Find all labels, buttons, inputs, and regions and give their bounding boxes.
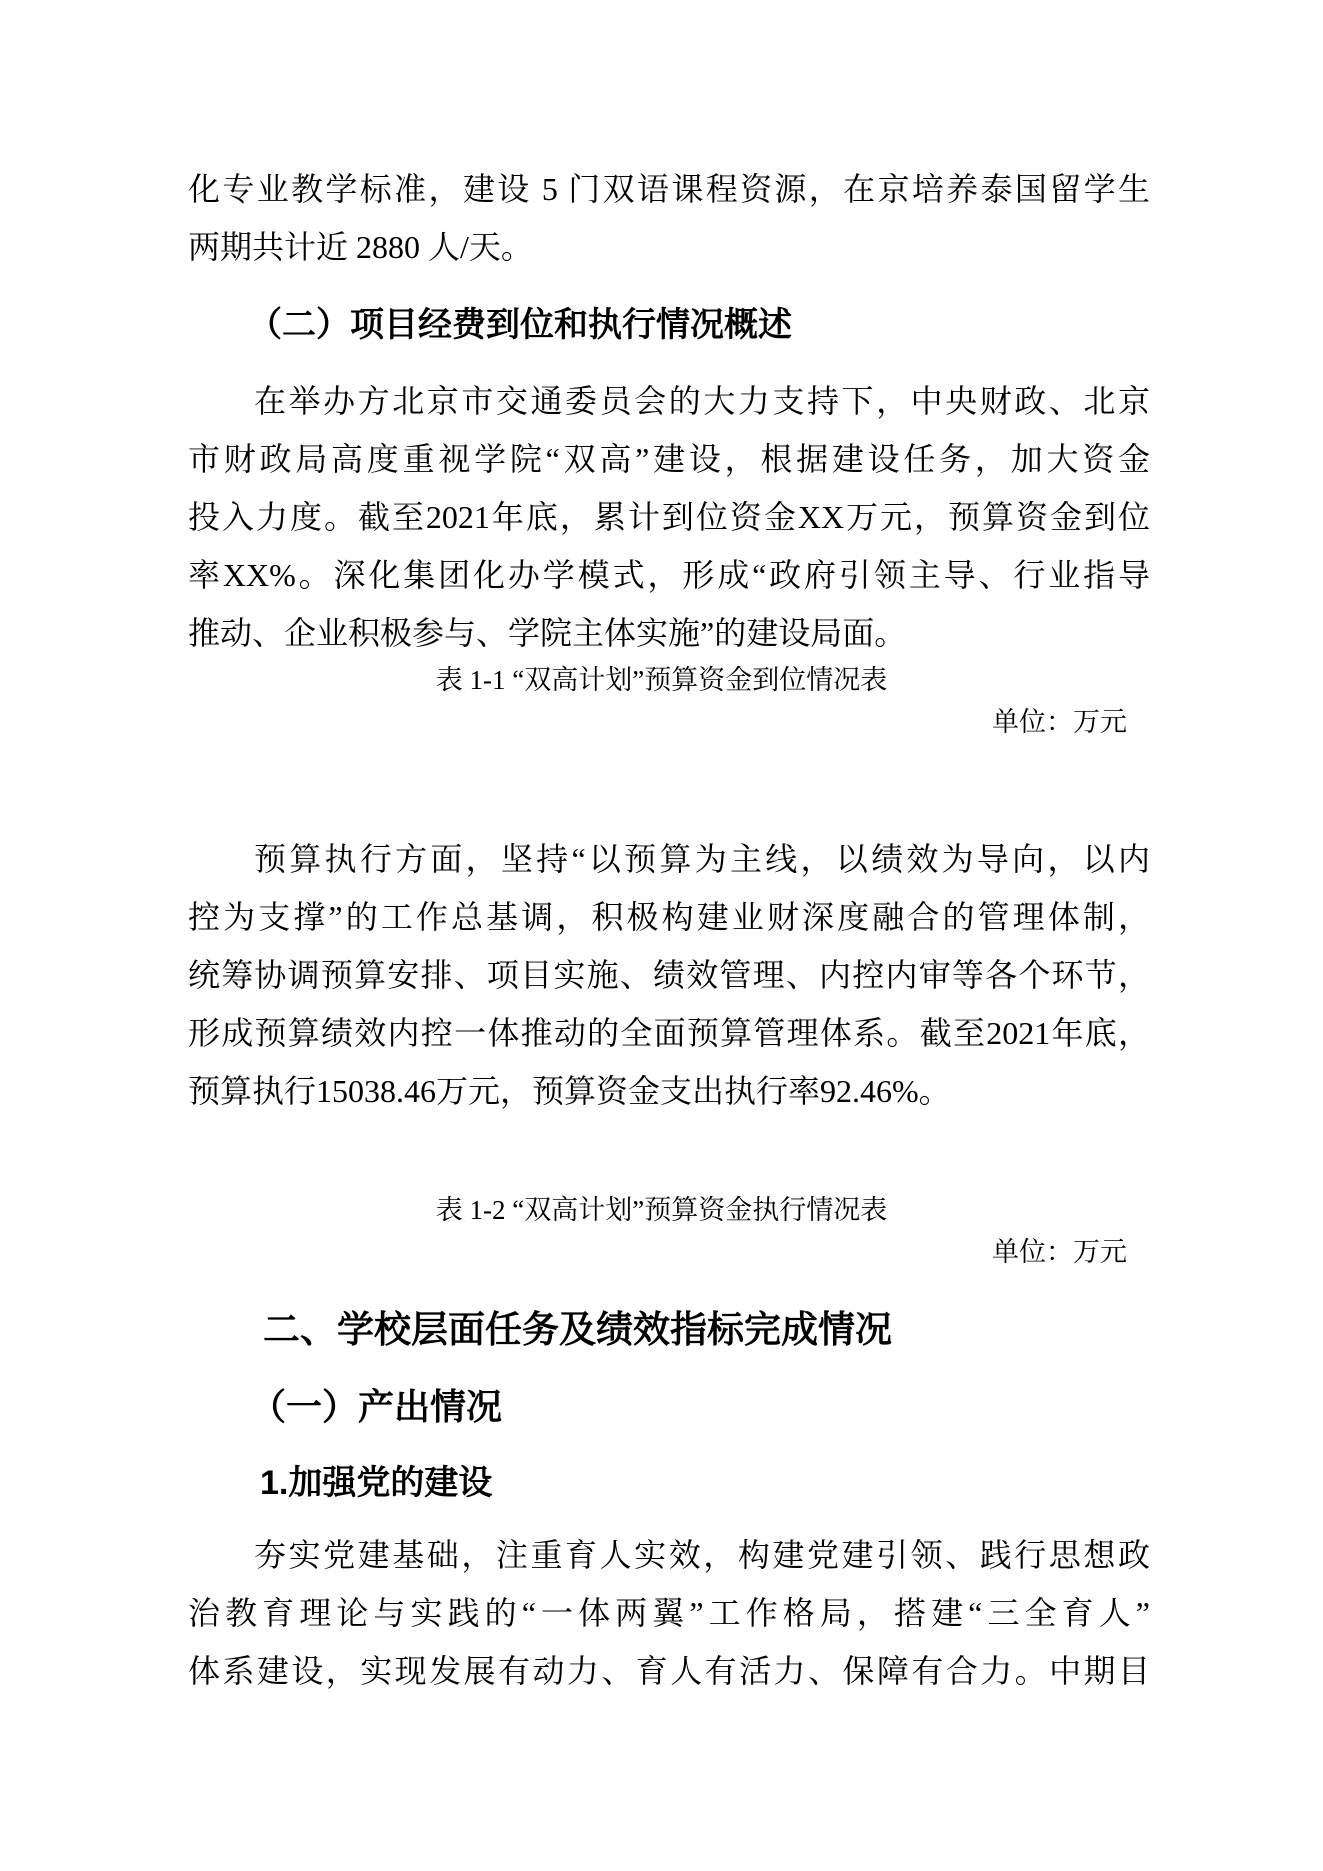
chapter-heading-school-tasks: 二、学校层面任务及绩效指标完成情况: [263, 1306, 892, 1354]
table-1-1-unit-label: 单位：万元: [188, 704, 1127, 740]
subsection-heading-output: （一）产出情况: [250, 1383, 502, 1431]
body-text-line: 推动、企业积极参与、学院主体实施”的建设局面。: [188, 604, 1150, 662]
table-1-1-caption: 表 1-1 “双高计划”预算资金到位情况表: [0, 662, 1323, 698]
item-heading-party-building: 1.加强党的建设: [260, 1460, 492, 1506]
body-text-line: 夯实党建基础，注重育人实效，构建党建引领、践行思想政: [188, 1526, 1150, 1584]
intro-paragraph: 化专业教学标准，建设 5 门双语课程资源，在京培养泰国留学生 两期共计近 288…: [188, 160, 1150, 276]
budget-execution-paragraph: 预算执行方面，坚持“以预算为主线，以绩效为导向，以内 控为支撑”的工作总基调，积…: [188, 830, 1150, 1120]
body-text-line: 控为支撑”的工作总基调，积极构建业财深度融合的管理体制，: [188, 888, 1150, 946]
body-text-line: 投入力度。截至2021年底，累计到位资金XX万元，预算资金到位: [188, 488, 1150, 546]
table-1-2-caption: 表 1-2 “双高计划”预算资金执行情况表: [0, 1192, 1323, 1228]
body-text-line: 预算执行方面，坚持“以预算为主线，以绩效为导向，以内: [188, 830, 1150, 888]
body-text-line: 化专业教学标准，建设 5 门双语课程资源，在京培养泰国留学生: [188, 160, 1150, 218]
body-text-line: 率XX%。深化集团化办学模式，形成“政府引领主导、行业指导: [188, 546, 1150, 604]
funding-overview-paragraph: 在举办方北京市交通委员会的大力支持下，中央财政、北京 市财政局高度重视学院“双高…: [188, 372, 1150, 662]
body-text-line: 两期共计近 2880 人/天。: [188, 218, 1150, 276]
body-text-line: 统筹协调预算安排、项目实施、绩效管理、内控内审等各个环节，: [188, 946, 1150, 1004]
table-1-2-unit-label: 单位：万元: [188, 1234, 1127, 1270]
body-text-line: 市财政局高度重视学院“双高”建设，根据建设任务，加大资金: [188, 430, 1150, 488]
body-text-line: 治教育理论与实践的“一体两翼”工作格局，搭建“三全育人”: [188, 1584, 1150, 1642]
body-text-line: 体系建设，实现发展有动力、育人有活力、保障有合力。中期目: [188, 1642, 1150, 1700]
body-text-line: 在举办方北京市交通委员会的大力支持下，中央财政、北京: [188, 372, 1150, 430]
body-text-line: 形成预算绩效内控一体推动的全面预算管理体系。截至2021年底，: [188, 1004, 1150, 1062]
party-building-paragraph: 夯实党建基础，注重育人实效，构建党建引领、践行思想政 治教育理论与实践的“一体两…: [188, 1526, 1150, 1700]
body-text-line: 预算执行15038.46万元，预算资金支出执行率92.46%。: [188, 1062, 1150, 1120]
section-heading-funding: （二）项目经费到位和执行情况概述: [248, 303, 792, 349]
document-page: 化专业教学标准，建设 5 门双语课程资源，在京培养泰国留学生 两期共计近 288…: [0, 0, 1323, 1871]
